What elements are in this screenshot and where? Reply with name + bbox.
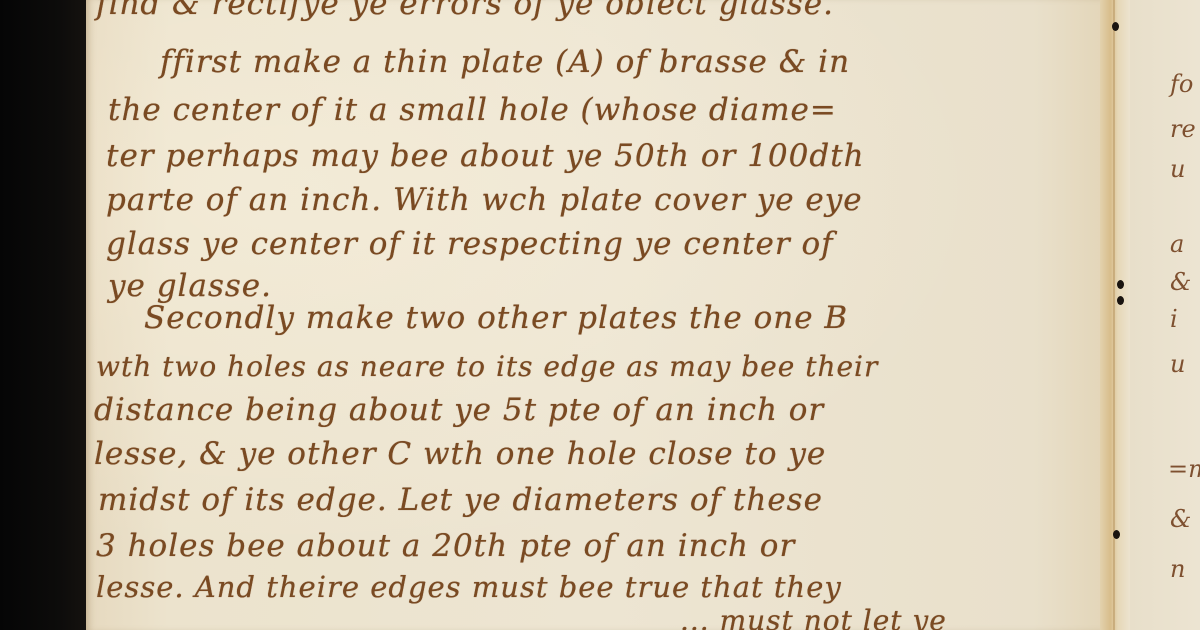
facing-page-text: u (1170, 155, 1185, 183)
manuscript-line: the center of it a small hole (whose dia… (108, 92, 837, 128)
facing-page-text: n (1170, 555, 1185, 583)
manuscript-line: ter perhaps may bee about ye 50th or 100… (106, 138, 865, 174)
manuscript-line: 3 holes bee about a 20th pte of an inch … (96, 528, 795, 564)
binding-stitch-hole (1117, 296, 1124, 305)
manuscript-line: lesse. And theire edges must bee true th… (96, 570, 842, 604)
dark-background (0, 0, 86, 630)
facing-page-text: re (1170, 115, 1196, 143)
manuscript-line: lesse, & ye other C wth one hole close t… (94, 436, 826, 472)
facing-page-text: i (1170, 305, 1178, 333)
facing-page-text: & (1170, 505, 1191, 533)
manuscript-line: ye glasse. (108, 268, 272, 304)
manuscript-line: ... must not let ye (680, 604, 947, 630)
manuscript-line: glass ye center of it respecting ye cent… (106, 226, 834, 262)
facing-page-text: fo (1170, 70, 1193, 98)
manuscript-line: wth two holes as neare to its edge as ma… (96, 350, 878, 383)
binding-stitch-hole (1113, 530, 1120, 539)
manuscript-line: distance being about ye 5t pte of an inc… (94, 392, 824, 428)
manuscript-line: ffirst make a thin plate (A) of brasse &… (160, 44, 850, 80)
facing-page-text: =m (1168, 455, 1200, 483)
binding-stitch-hole (1117, 280, 1124, 289)
manuscript-line: Secondly make two other plates the one B (144, 300, 848, 336)
facing-page-text: a (1170, 230, 1184, 258)
manuscript-line: find & rectifye ye errors of ye obiect g… (96, 0, 834, 22)
facing-page-text: u (1170, 350, 1185, 378)
manuscript-line: parte of an inch. With wch plate cover y… (106, 182, 863, 218)
manuscript-line: midst of its edge. Let ye diameters of t… (98, 482, 823, 518)
binding-stitch-hole (1112, 22, 1119, 31)
facing-page-text: & (1170, 268, 1191, 296)
